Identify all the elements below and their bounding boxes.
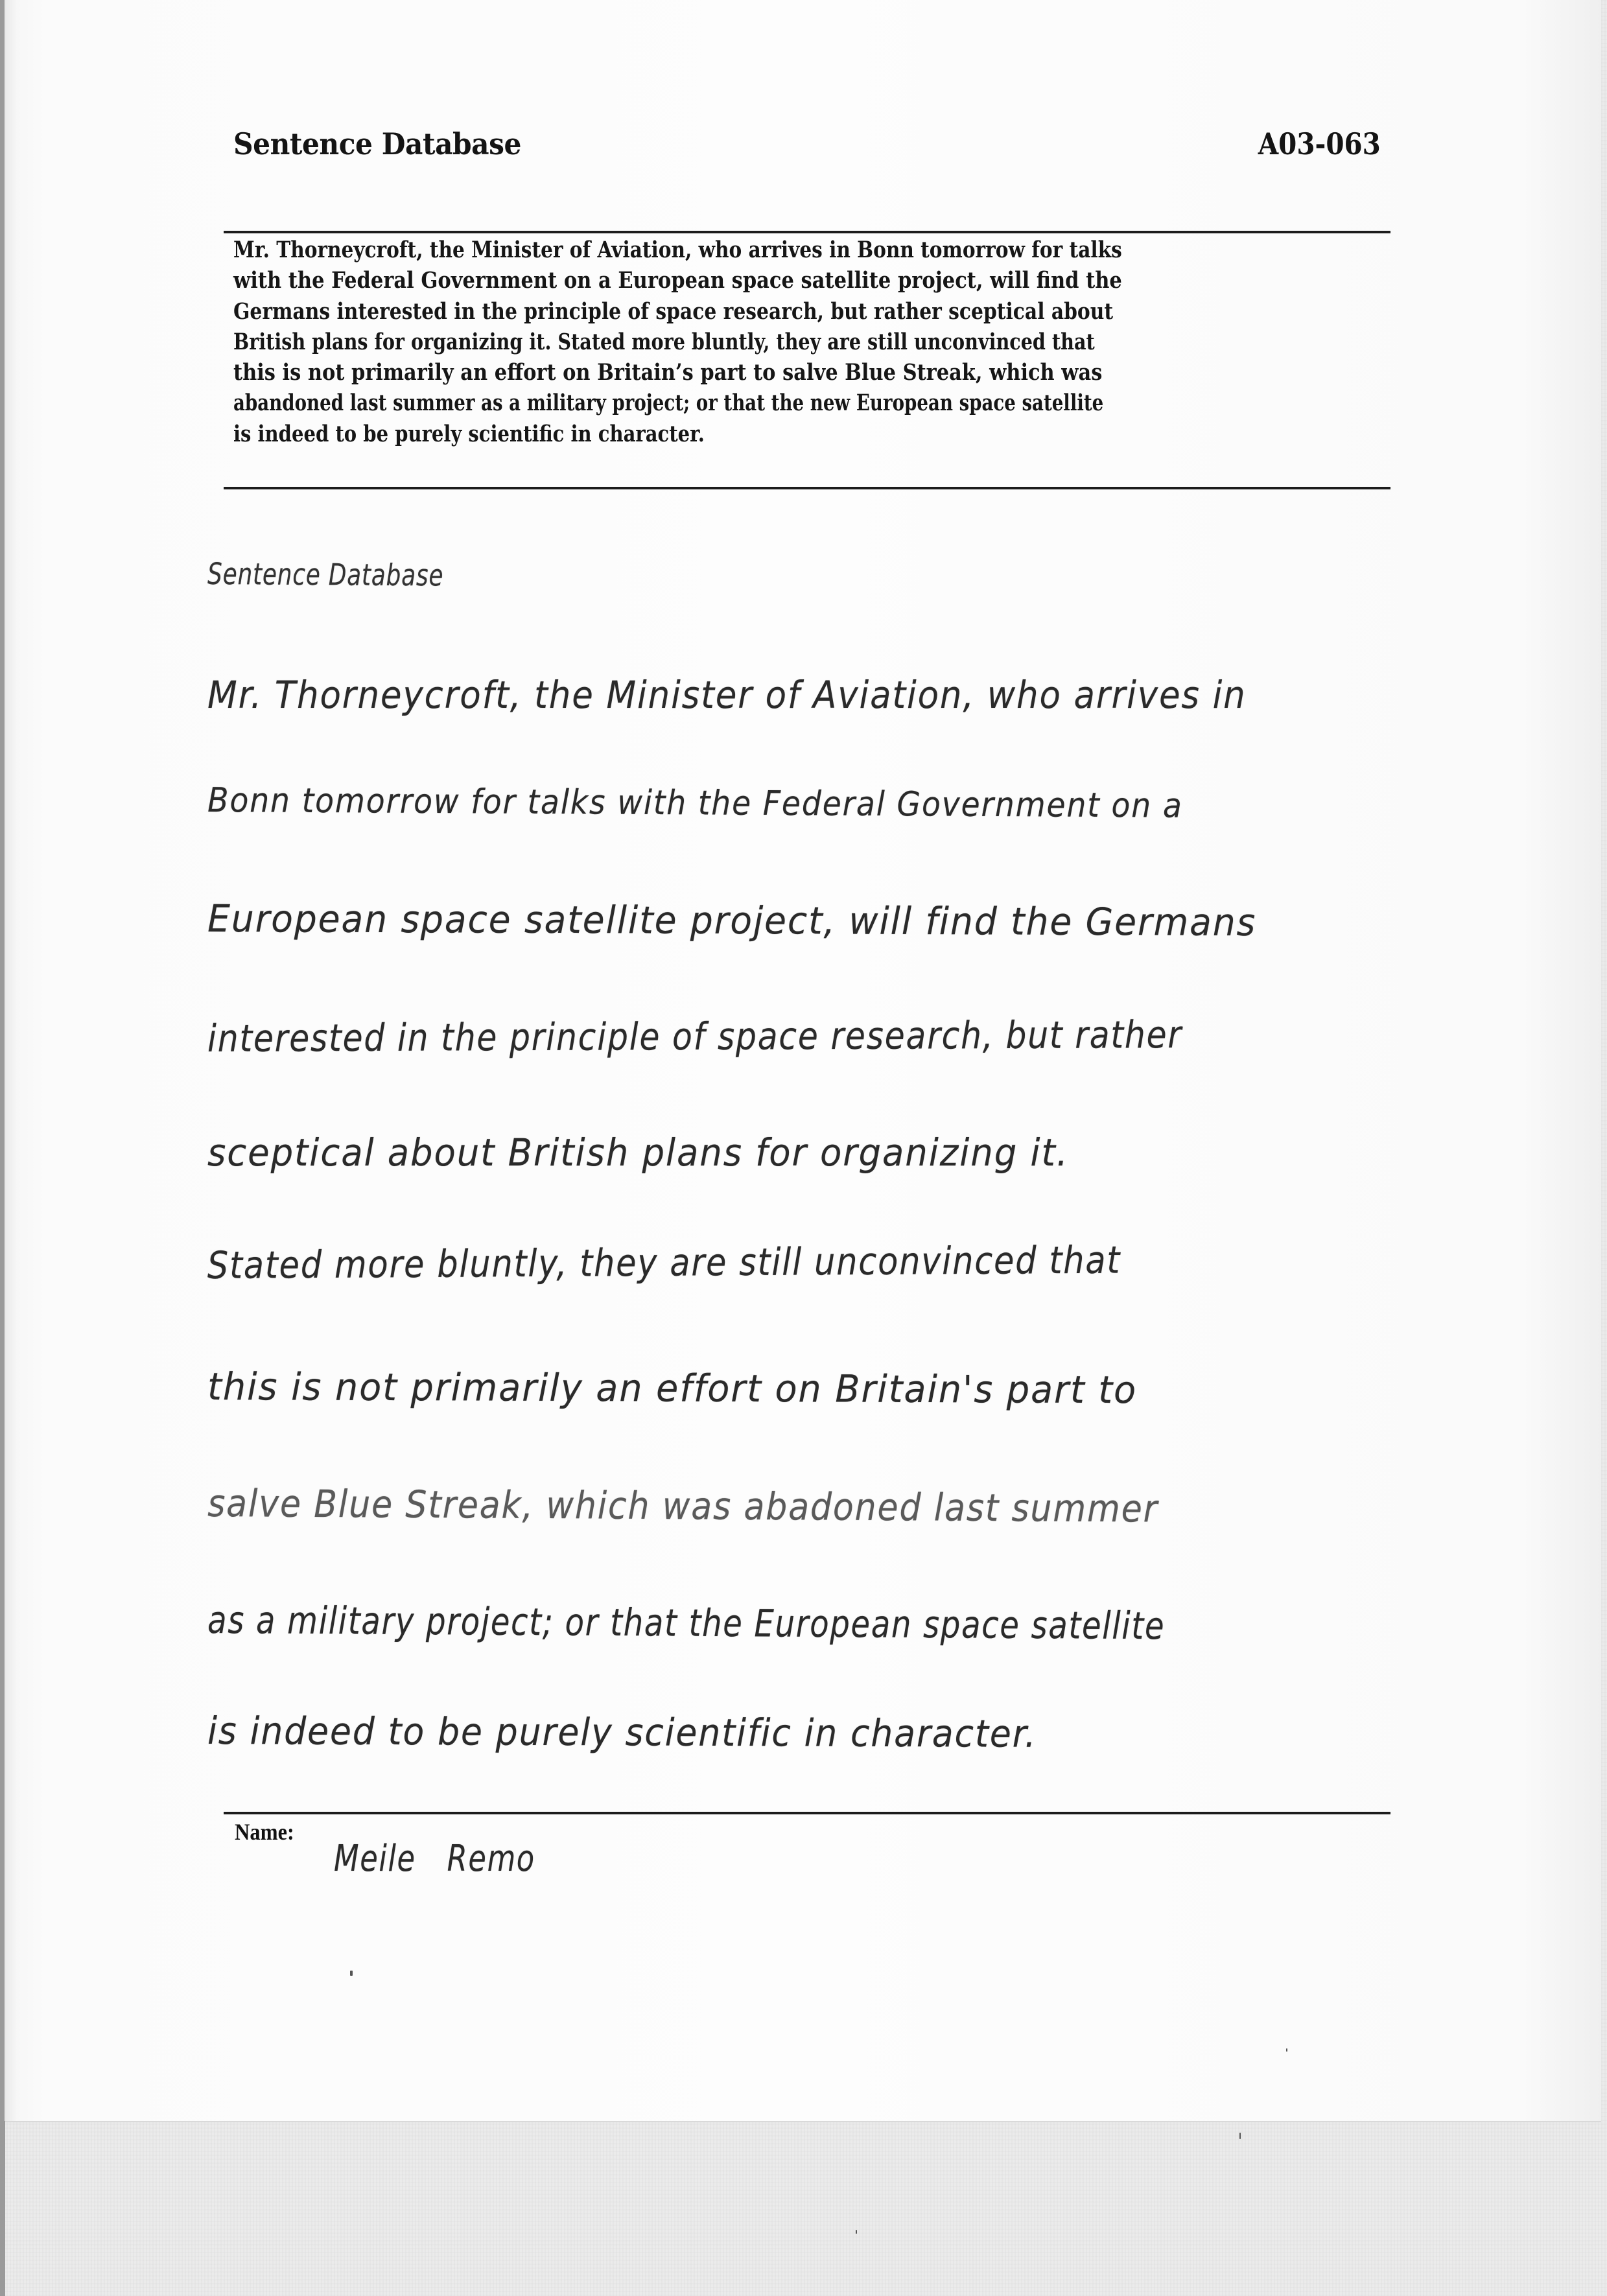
form-title: Sentence Database — [233, 126, 521, 161]
handwritten-line: as a military project; or that the Europ… — [207, 1598, 1165, 1648]
bottom-rule — [224, 1812, 1390, 1814]
name-last: Remo — [447, 1838, 535, 1880]
printed-line: this is not primarily an effort on Brita… — [233, 357, 1238, 388]
printed-line: Germans interested in the principle of s… — [233, 296, 1214, 327]
middle-rule — [224, 487, 1390, 489]
handwritten-title: Sentence Database — [207, 556, 443, 592]
handwritten-line: sceptical about British plans for organi… — [207, 1130, 1069, 1175]
form-id: A03-063 — [1258, 126, 1381, 161]
scan-speck — [1286, 2048, 1287, 2052]
handwritten-line: this is not primarily an effort on Brita… — [207, 1365, 1137, 1412]
printed-line: with the Federal Government on a Europea… — [233, 265, 1239, 296]
printed-passage: Mr. Thorneycroft, the Minister of Aviati… — [233, 235, 1387, 449]
handwritten-line: Mr. Thorneycroft, the Minister of Aviati… — [207, 673, 1247, 717]
handwritten-line: Stated more bluntly, they are still unco… — [207, 1238, 1121, 1287]
scan-left-edge — [0, 0, 5, 2296]
name-label: Name: — [235, 1818, 294, 1845]
name-first: Meile — [334, 1838, 416, 1880]
form-header: Sentence Database A03-063 — [233, 126, 1381, 178]
scan-speck — [1239, 2133, 1241, 2139]
scan-speck — [350, 1971, 353, 1976]
handwritten-line: is indeed to be purely scientific in cha… — [207, 1709, 1037, 1756]
handwritten-line: interested in the principle of space res… — [207, 1013, 1182, 1060]
handwritten-line: salve Blue Streak, which was abadoned la… — [207, 1481, 1158, 1531]
handwritten-name: MeileRemo — [334, 1838, 535, 1880]
scan-speck — [856, 2230, 857, 2234]
printed-line: British plans for organizing it. Stated … — [233, 327, 1177, 357]
top-rule — [224, 231, 1390, 233]
printed-line: abandoned last summer as a military proj… — [233, 388, 1145, 418]
printed-line: is indeed to be purely scientific in cha… — [233, 419, 1191, 449]
printed-line: Mr. Thorneycroft, the Minister of Aviati… — [233, 235, 1208, 265]
handwritten-line: European space satellite project, will f… — [207, 896, 1256, 944]
handwritten-line: Bonn tomorrow for talks with the Federal… — [207, 781, 1183, 826]
